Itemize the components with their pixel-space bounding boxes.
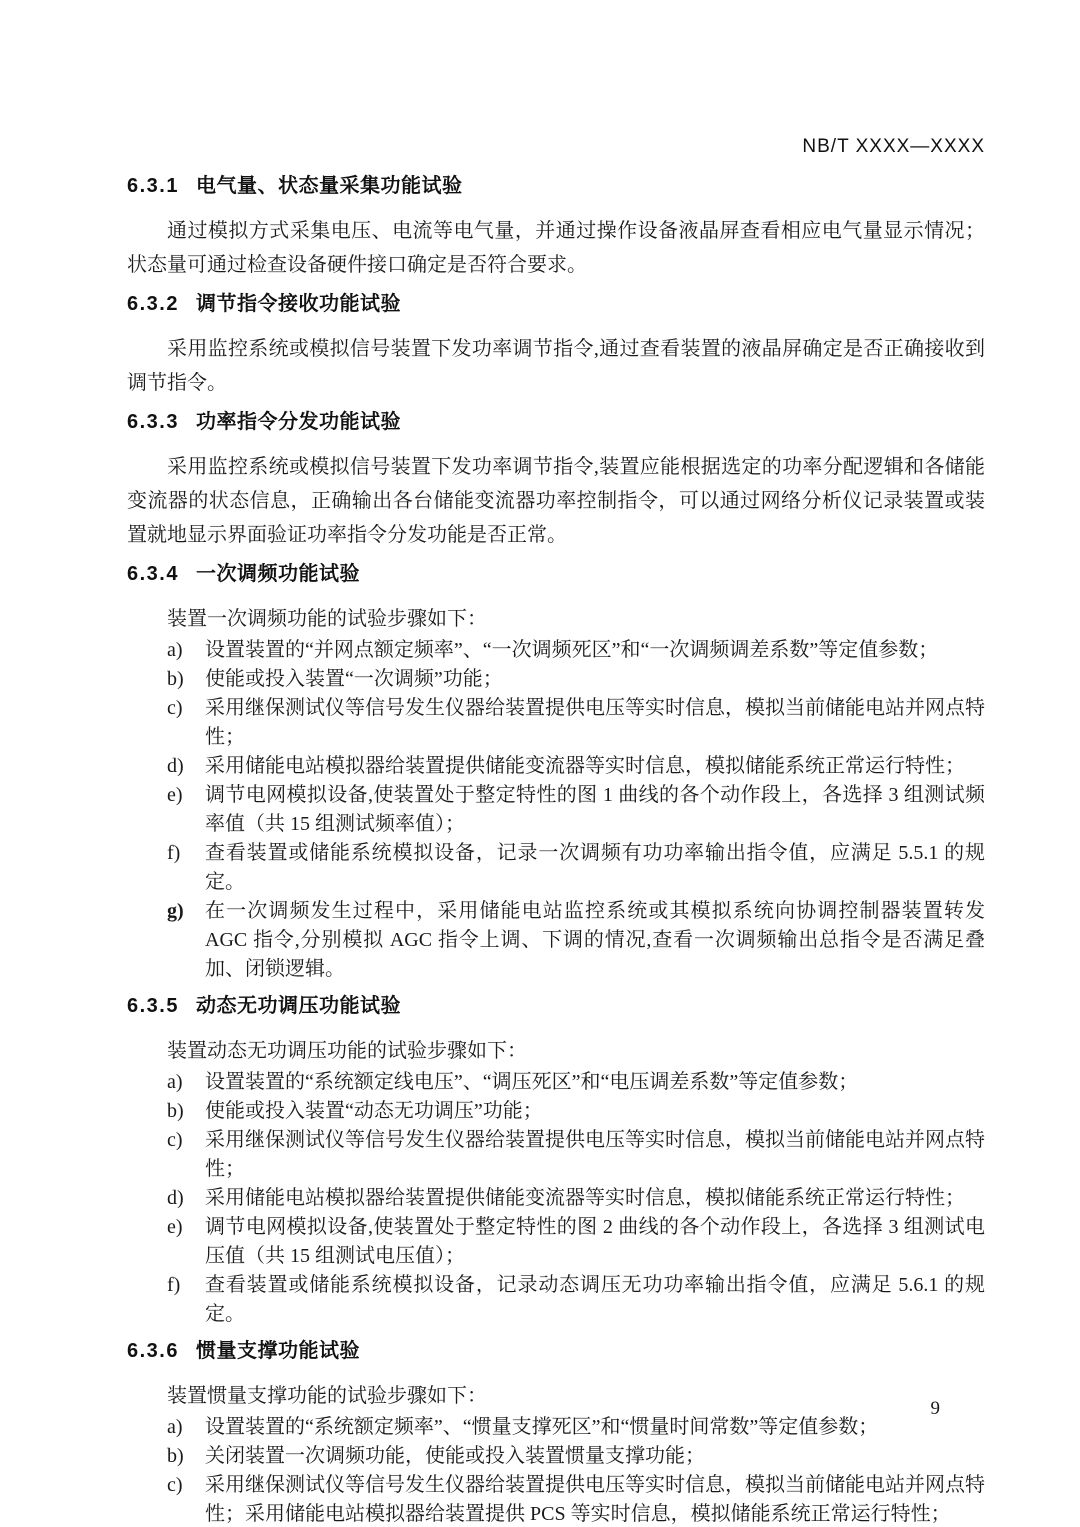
section-title: 一次调频功能试验 [196, 562, 360, 586]
section-number: 6.3.1 [127, 174, 179, 198]
list-item: d) 采用储能电站模拟器给装置提供储能变流器等实时信息，模拟储能系统正常运行特性… [167, 1184, 985, 1213]
list-item-label: d) [167, 752, 205, 781]
list-item-label: c) [167, 1471, 205, 1527]
section-items: a) 设置装置的“并网点额定频率”、“一次调频死区”和“一次调频调差系数”等定值… [127, 636, 985, 984]
list-item-text: 查看装置或储能系统模拟设备，记录一次调频有功功率输出指令值，应满足 5.5.1 … [205, 839, 985, 897]
list-item: b) 关闭装置一次调频功能，使能或投入装置惯量支撑功能； [167, 1442, 985, 1471]
section-heading: 6.3.1 电气量、状态量采集功能试验 [127, 174, 985, 198]
section-title: 调节指令接收功能试验 [196, 292, 401, 316]
list-item: c) 采用继保测试仪等信号发生仪器给装置提供电压等实时信息，模拟当前储能电站并网… [167, 694, 985, 752]
section-number: 6.3.3 [127, 410, 179, 434]
paragraph: 装置惯量支撑功能的试验步骤如下： [127, 1379, 985, 1413]
section-paragraphs: 装置一次调频功能的试验步骤如下： [127, 602, 985, 636]
list-item-label: a) [167, 1068, 205, 1097]
list-item: f) 查看装置或储能系统模拟设备，记录一次调频有功功率输出指令值，应满足 5.5… [167, 839, 985, 897]
list-item-label: a) [167, 636, 205, 665]
list-item-text: 采用储能电站模拟器给装置提供储能变流器等实时信息，模拟储能系统正常运行特性； [205, 752, 985, 781]
list-item-label: f) [167, 1271, 205, 1329]
list-item-label: e) [167, 781, 205, 839]
list-item: b) 使能或投入装置“一次调频”功能； [167, 665, 985, 694]
list-item: e) 调节电网模拟设备,使装置处于整定特性的图 2 曲线的各个动作段上，各选择 … [167, 1213, 985, 1271]
list-item: c) 采用继保测试仪等信号发生仪器给装置提供电压等实时信息，模拟当前储能电站并网… [167, 1126, 985, 1184]
list-item-text: 设置装置的“系统额定频率”、“惯量支撑死区”和“惯量时间常数”等定值参数； [205, 1413, 985, 1442]
section: 6.3.4 一次调频功能试验 装置一次调频功能的试验步骤如下： a) 设置装置的… [127, 562, 985, 984]
section-heading: 6.3.5 动态无功调压功能试验 [127, 994, 985, 1018]
list-item-text: 采用继保测试仪等信号发生仪器给装置提供电压等实时信息，模拟当前储能电站并网点特性… [205, 1126, 985, 1184]
section-items: a) 设置装置的“系统额定线电压”、“调压死区”和“电压调差系数”等定值参数； … [127, 1068, 985, 1329]
section-number: 6.3.6 [127, 1339, 179, 1363]
list-item-text: 调节电网模拟设备,使装置处于整定特性的图 2 曲线的各个动作段上，各选择 3 组… [205, 1213, 985, 1271]
list-item-label: g) [167, 897, 205, 984]
section-items: a) 设置装置的“系统额定频率”、“惯量支撑死区”和“惯量时间常数”等定值参数；… [127, 1413, 985, 1527]
section-title: 动态无功调压功能试验 [196, 994, 401, 1018]
list-item: f) 查看装置或储能系统模拟设备，记录动态调压无功功率输出指令值，应满足 5.6… [167, 1271, 985, 1329]
list-item-text: 采用继保测试仪等信号发生仪器给装置提供电压等实时信息，模拟当前储能电站并网点特性… [205, 1471, 985, 1527]
list-item-label: e) [167, 1213, 205, 1271]
list-item: a) 设置装置的“系统额定频率”、“惯量支撑死区”和“惯量时间常数”等定值参数； [167, 1413, 985, 1442]
section-heading: 6.3.2 调节指令接收功能试验 [127, 292, 985, 316]
paragraph: 采用监控系统或模拟信号装置下发功率调节指令,装置应能根据选定的功率分配逻辑和各储… [127, 450, 985, 552]
list-item: e) 调节电网模拟设备,使装置处于整定特性的图 1 曲线的各个动作段上，各选择 … [167, 781, 985, 839]
document-body: 6.3.1 电气量、状态量采集功能试验 通过模拟方式采集电压、电流等电气量，并通… [127, 174, 985, 1527]
list-item-label: b) [167, 1097, 205, 1126]
list-item-text: 使能或投入装置“一次调频”功能； [205, 665, 985, 694]
list-item: a) 设置装置的“系统额定线电压”、“调压死区”和“电压调差系数”等定值参数； [167, 1068, 985, 1097]
list-item-text: 使能或投入装置“动态无功调压”功能； [205, 1097, 985, 1126]
list-item-label: f) [167, 839, 205, 897]
section-number: 6.3.4 [127, 562, 179, 586]
list-item-text: 设置装置的“系统额定线电压”、“调压死区”和“电压调差系数”等定值参数； [205, 1068, 985, 1097]
list-item-text: 调节电网模拟设备,使装置处于整定特性的图 1 曲线的各个动作段上，各选择 3 组… [205, 781, 985, 839]
section-paragraphs: 装置惯量支撑功能的试验步骤如下： [127, 1379, 985, 1413]
list-item-label: c) [167, 694, 205, 752]
section-heading: 6.3.3 功率指令分发功能试验 [127, 410, 985, 434]
section: 6.3.6 惯量支撑功能试验 装置惯量支撑功能的试验步骤如下： a) 设置装置的… [127, 1339, 985, 1527]
paragraph: 采用监控系统或模拟信号装置下发功率调节指令,通过查看装置的液晶屏确定是否正确接收… [127, 332, 985, 400]
list-item-label: a) [167, 1413, 205, 1442]
list-item-text: 采用储能电站模拟器给装置提供储能变流器等实时信息，模拟储能系统正常运行特性； [205, 1184, 985, 1213]
list-item-text: 设置装置的“并网点额定频率”、“一次调频死区”和“一次调频调差系数”等定值参数； [205, 636, 985, 665]
page-number: 9 [931, 1398, 941, 1420]
document-page: NB/T XXXX—XXXX 6.3.1 电气量、状态量采集功能试验 通过模拟方… [0, 0, 1080, 1527]
list-item-text: 采用继保测试仪等信号发生仪器给装置提供电压等实时信息，模拟当前储能电站并网点特性… [205, 694, 985, 752]
list-item-label: c) [167, 1126, 205, 1184]
list-item: d) 采用储能电站模拟器给装置提供储能变流器等实时信息，模拟储能系统正常运行特性… [167, 752, 985, 781]
document-code: NB/T XXXX—XXXX [802, 136, 985, 158]
list-item-label: b) [167, 665, 205, 694]
list-item-text: 关闭装置一次调频功能，使能或投入装置惯量支撑功能； [205, 1442, 985, 1471]
section: 6.3.1 电气量、状态量采集功能试验 通过模拟方式采集电压、电流等电气量，并通… [127, 174, 985, 282]
paragraph: 装置动态无功调压功能的试验步骤如下： [127, 1034, 985, 1068]
list-item: g) 在一次调频发生过程中，采用储能电站监控系统或其模拟系统向协调控制器装置转发… [167, 897, 985, 984]
section: 6.3.2 调节指令接收功能试验 采用监控系统或模拟信号装置下发功率调节指令,通… [127, 292, 985, 400]
section: 6.3.5 动态无功调压功能试验 装置动态无功调压功能的试验步骤如下： a) 设… [127, 994, 985, 1329]
paragraph: 装置一次调频功能的试验步骤如下： [127, 602, 985, 636]
paragraph: 通过模拟方式采集电压、电流等电气量，并通过操作设备液晶屏查看相应电气量显示情况；… [127, 214, 985, 282]
section-number: 6.3.5 [127, 994, 179, 1018]
section-paragraphs: 装置动态无功调压功能的试验步骤如下： [127, 1034, 985, 1068]
list-item-text: 在一次调频发生过程中，采用储能电站监控系统或其模拟系统向协调控制器装置转发 AG… [205, 897, 985, 984]
list-item: a) 设置装置的“并网点额定频率”、“一次调频死区”和“一次调频调差系数”等定值… [167, 636, 985, 665]
section: 6.3.3 功率指令分发功能试验 采用监控系统或模拟信号装置下发功率调节指令,装… [127, 410, 985, 552]
section-title: 电气量、状态量采集功能试验 [196, 174, 463, 198]
list-item-label: b) [167, 1442, 205, 1471]
section-paragraphs: 采用监控系统或模拟信号装置下发功率调节指令,通过查看装置的液晶屏确定是否正确接收… [127, 332, 985, 400]
section-title: 惯量支撑功能试验 [196, 1339, 360, 1363]
list-item: c) 采用继保测试仪等信号发生仪器给装置提供电压等实时信息，模拟当前储能电站并网… [167, 1471, 985, 1527]
section-heading: 6.3.4 一次调频功能试验 [127, 562, 985, 586]
section-paragraphs: 通过模拟方式采集电压、电流等电气量，并通过操作设备液晶屏查看相应电气量显示情况；… [127, 214, 985, 282]
section-number: 6.3.2 [127, 292, 179, 316]
section-paragraphs: 采用监控系统或模拟信号装置下发功率调节指令,装置应能根据选定的功率分配逻辑和各储… [127, 450, 985, 552]
list-item-label: d) [167, 1184, 205, 1213]
list-item: b) 使能或投入装置“动态无功调压”功能； [167, 1097, 985, 1126]
section-heading: 6.3.6 惯量支撑功能试验 [127, 1339, 985, 1363]
section-title: 功率指令分发功能试验 [196, 410, 401, 434]
list-item-text: 查看装置或储能系统模拟设备，记录动态调压无功功率输出指令值，应满足 5.6.1 … [205, 1271, 985, 1329]
